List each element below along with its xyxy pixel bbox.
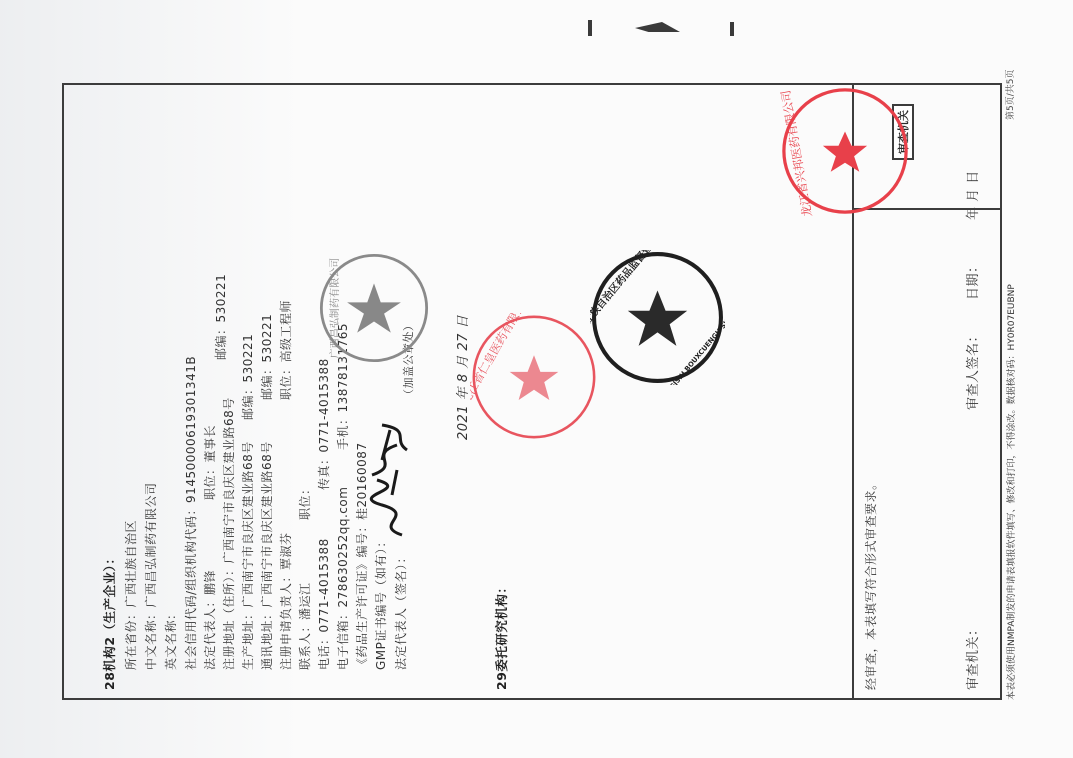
mail-address-field: 通讯地址：广西南宁市良庆区建业路68号 bbox=[258, 441, 275, 670]
reviewer-sign-label: 审查人签名： bbox=[962, 329, 981, 410]
phone-field: 电话：0771-4015388 bbox=[315, 538, 332, 670]
credit-code-field: 社会信用代码/组织机构代码：91450000619301341B bbox=[182, 356, 199, 670]
legal-sign-label: 法定代表人（签名）： bbox=[392, 551, 409, 670]
cn-name-field: 中文名称：广西昌弘制药有限公司 bbox=[142, 482, 159, 670]
fax-field: 传真：0771-4015388 bbox=[315, 358, 332, 490]
applicant-field: 注册申请负责人：覃淑芬 bbox=[277, 532, 294, 670]
review-statement: 经审查，本表填写符合形式审查要求。 bbox=[862, 477, 879, 690]
reg-address-field: 注册地址（住所）：广西南宁市良庆区建业路68号 bbox=[220, 397, 237, 670]
contact-title: 职位： bbox=[296, 482, 313, 520]
review-date-blank: 年 月 日 bbox=[962, 170, 981, 220]
svg-text:广西昌弘制药有限公司: 广西昌弘制药有限公司 bbox=[328, 258, 341, 359]
guangxi-bureau-seal: 广西壮族自治区药品监督管理局 GVANGJSIH BOUXCUENGH SWCI… bbox=[590, 250, 725, 385]
heilongjiang-seal: 黑龙江省仁皇医药有限公司 bbox=[470, 313, 598, 441]
handwritten-signature bbox=[362, 420, 422, 540]
applicant-title: 职位：高级工程师 bbox=[277, 300, 294, 400]
legal-rep-title: 职位：董事长 bbox=[201, 425, 218, 500]
scan-edge-artifact bbox=[560, 0, 780, 40]
section-28-heading: 28机构2（生产企业）： bbox=[100, 552, 118, 690]
en-name-field: 英文名称： bbox=[162, 607, 179, 670]
province-field: 所在省份：广西壮族自治区 bbox=[122, 520, 139, 670]
prod-address-field: 生产地址：广西南宁市良庆区建业路68号 bbox=[239, 441, 256, 670]
section-29-heading: 29委托研究机构： bbox=[492, 581, 510, 690]
legal-rep-field: 法定代表人：鹏锋 bbox=[201, 570, 218, 670]
authority-label: 审查机关： bbox=[962, 622, 981, 690]
page-indicator: 第5页/共5页 bbox=[1003, 70, 1016, 121]
mail-postcode: 邮编：530221 bbox=[258, 314, 275, 400]
footer-note: 本表必须使用NMPA制发的申请表填报软件填写、修改和打印，不得涂改。数据核对码：… bbox=[1004, 284, 1017, 700]
gmp-field: GMP证书编号（如有）： bbox=[372, 535, 389, 670]
company-seal: 广西昌弘制药有限公司 bbox=[318, 252, 430, 364]
reg-postcode: 邮编：530221 bbox=[212, 274, 229, 360]
xingbang-seal: 黑龙江省兴邦医药有限公司 bbox=[780, 86, 910, 216]
prod-postcode: 邮编：530221 bbox=[239, 334, 256, 420]
email-field: 电子信箱：278630252qq.com bbox=[334, 487, 351, 670]
review-date-label: 日期： bbox=[962, 259, 981, 300]
contact-field: 联系人：潘运江 bbox=[296, 582, 313, 670]
sign-date: 2021 年 8 月 27 日 bbox=[452, 315, 471, 440]
